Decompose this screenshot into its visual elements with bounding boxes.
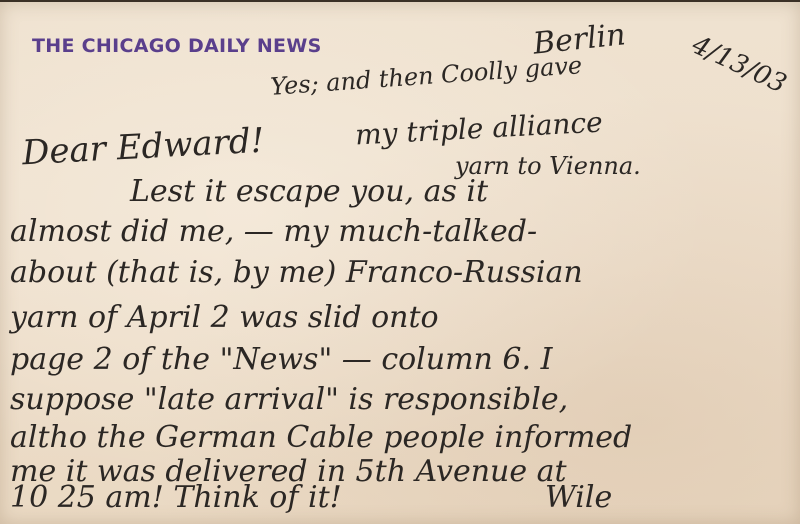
body-line: Lest it escape you, as it	[130, 174, 488, 209]
body-line: almost did me, — my much-talked-	[10, 214, 537, 249]
body-line: page 2 of the "News" — column 6. I	[10, 342, 552, 377]
body-line: about (that is, by me) Franco-Russian	[10, 255, 583, 290]
body-line: yarn of April 2 was slid onto	[10, 300, 439, 335]
postscript-line-1: Yes; and then Coolly gave	[269, 51, 583, 101]
body-line: 10 25 am! Think of it!	[10, 480, 342, 515]
date-text: 4/13/03	[687, 30, 791, 100]
body-line: altho the German Cable people informed	[10, 420, 632, 455]
salutation: Dear Edward!	[21, 121, 265, 174]
signature: Wile	[545, 480, 612, 515]
body-line: suppose "late arrival" is responsible,	[10, 382, 568, 417]
postcard: THE CHICAGO DAILY NEWS Berlin 4/13/03 Ye…	[0, 2, 800, 524]
postscript-line-2: my triple alliance	[354, 106, 603, 152]
letterhead-masthead: THE CHICAGO DAILY NEWS	[32, 35, 322, 57]
